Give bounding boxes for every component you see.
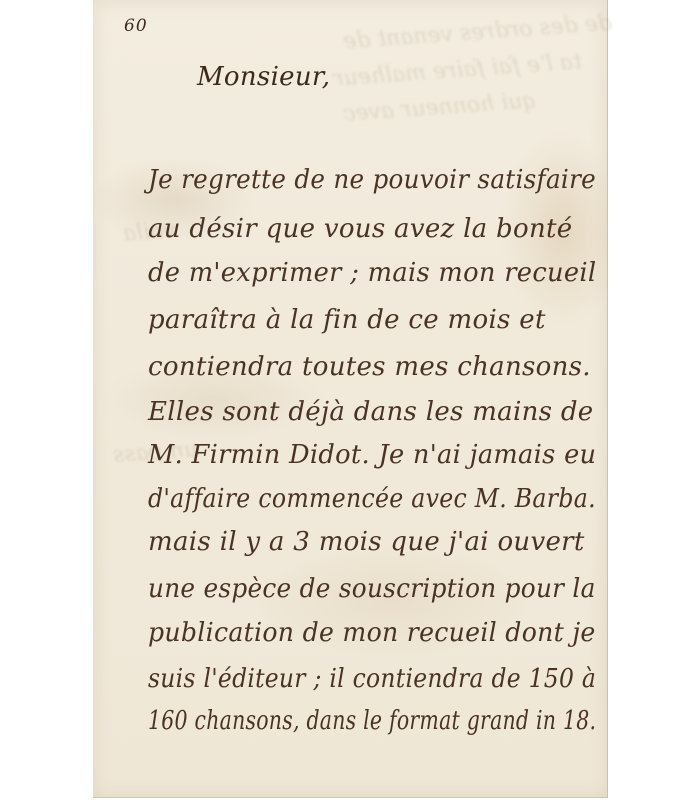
bleed-through-writing: de des ordres venant de [342,11,612,55]
letter-line: paraîtra à la fin de ce mois et [148,305,546,335]
letter-line: au désir que vous avez la bonté [148,214,572,244]
letter-line: contiendra toutes mes chansons. [148,352,591,382]
letter-line: suis l'éditeur ; il contiendra de 150 à [148,664,596,694]
letter-line: M. Firmin Didot. Je n'ai jamais eu [148,440,596,470]
letter-line: Je regrette de ne pouvoir satisfaire [148,165,596,195]
bleed-through-writing: ta l'e fai faire malheur [332,49,582,91]
letter-line: une espèce de souscription pour la [148,574,596,604]
salutation: Monsieur, [197,62,330,92]
letter-line: publication de mon recueil dont je [148,618,596,648]
letter-line: 160 chansons, dans le format grand in 18… [148,706,596,736]
letter-line: Elles sont déjà dans les mains de [148,397,593,427]
page-number: 60 [124,16,148,36]
letter-line: d'affaire commencée avec M. Barba. [148,484,596,514]
bleed-through-writing: qui honneur avec [342,88,537,126]
letter-line: mais il y a 3 mois que j'ai ouvert [148,527,585,557]
letter-line: de m'exprimer ; mais mon recueil [148,258,596,288]
